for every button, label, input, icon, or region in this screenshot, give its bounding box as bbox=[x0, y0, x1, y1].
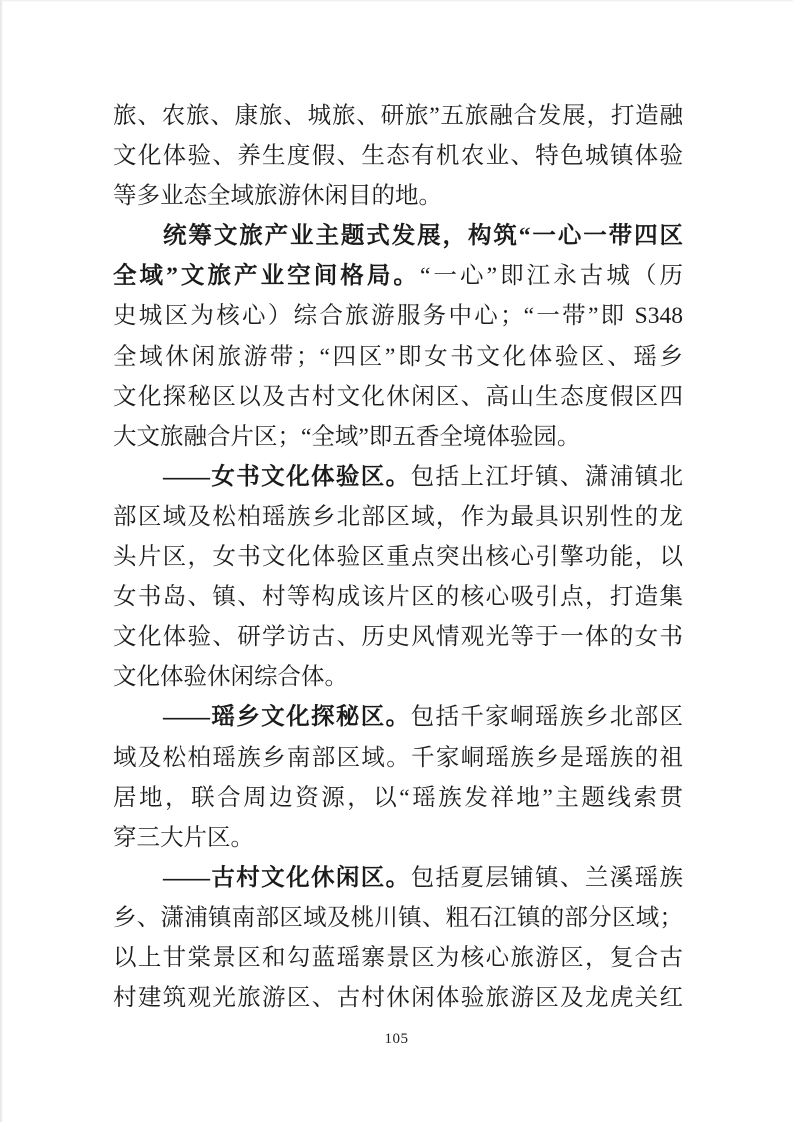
text-segment: 包括上江圩镇、潇浦镇北 bbox=[411, 464, 683, 490]
text-line: 史城区为核心）综合旅游服务中心；“一带”即 S348 bbox=[113, 296, 683, 336]
text-line: 部区域及松柏瑶族乡北部区域，作为最具识别性的龙 bbox=[113, 497, 683, 537]
document-body-text: 旅、农旅、康旅、城旅、研旅”五旅融合发展，打造融文化体验、养生度假、生态有机农业… bbox=[113, 96, 683, 1018]
text-segment: 穿三大片区。 bbox=[113, 825, 254, 851]
bold-text-segment: 全域”文旅产业空间格局。 bbox=[113, 263, 420, 289]
text-segment: 旅、农旅、康旅、城旅、研旅”五旅融合发展，打造融 bbox=[113, 103, 683, 129]
text-line: 大文旅融合片区；“全域”即五香全境体验园。 bbox=[113, 417, 683, 457]
text-line: 等多业态全域旅游休闲目的地。 bbox=[113, 176, 683, 216]
text-segment: 史城区为核心）综合旅游服务中心；“一带”即 S348 bbox=[113, 303, 683, 329]
text-line: 乡、潇浦镇南部区域及桃川镇、粗石江镇的部分区域； bbox=[113, 898, 683, 938]
bold-text-segment: ——女书文化体验区。 bbox=[163, 464, 411, 490]
text-line: 居地，联合周边资源，以“瑶族发祥地”主题线索贯 bbox=[113, 778, 683, 818]
text-segment: 包括夏层铺镇、兰溪瑶族 bbox=[411, 865, 683, 891]
page-number: 105 bbox=[0, 1031, 793, 1048]
text-segment: 女书岛、镇、村等构成该片区的核心吸引点，打造集 bbox=[113, 584, 683, 610]
text-line: 统筹文旅产业主题式发展，构筑“一心一带四区 bbox=[113, 216, 683, 256]
bold-text-segment: 统筹文旅产业主题式发展，构筑“一心一带四区 bbox=[163, 223, 683, 249]
text-segment: 包括千家峒瑶族乡北部区 bbox=[411, 704, 683, 730]
text-segment: 居地，联合周边资源，以“瑶族发祥地”主题线索贯 bbox=[113, 785, 683, 811]
text-line: ——古村文化休闲区。包括夏层铺镇、兰溪瑶族 bbox=[113, 858, 683, 898]
bold-text-segment: ——瑶乡文化探秘区。 bbox=[163, 704, 411, 730]
text-line: 穿三大片区。 bbox=[113, 818, 683, 858]
scan-edge-top bbox=[0, 0, 793, 2]
text-line: 头片区，女书文化体验区重点突出核心引擎功能，以 bbox=[113, 537, 683, 577]
text-line: 女书岛、镇、村等构成该片区的核心吸引点，打造集 bbox=[113, 577, 683, 617]
text-segment: 文化体验休闲综合体。 bbox=[113, 664, 348, 690]
text-line: 以上甘棠景区和勾蓝瑶寨景区为核心旅游区，复合古 bbox=[113, 938, 683, 978]
text-line: 旅、农旅、康旅、城旅、研旅”五旅融合发展，打造融 bbox=[113, 96, 683, 136]
text-segment: 域及松柏瑶族乡南部区域。千家峒瑶族乡是瑶族的祖 bbox=[113, 745, 683, 771]
text-segment: 文化探秘区以及古村文化休闲区、高山生态度假区四 bbox=[113, 384, 683, 410]
text-segment: 文化体验、养生度假、生态有机农业、特色城镇体验 bbox=[113, 143, 683, 169]
text-line: 文化体验、养生度假、生态有机农业、特色城镇体验 bbox=[113, 136, 683, 176]
text-segment: 全域休闲旅游带；“四区”即女书文化体验区、瑶乡 bbox=[113, 344, 683, 370]
text-line: 全域”文旅产业空间格局。“一心”即江永古城（历 bbox=[113, 256, 683, 296]
text-line: 村建筑观光旅游区、古村休闲体验旅游区及龙虎关红 bbox=[113, 978, 683, 1018]
text-line: 全域休闲旅游带；“四区”即女书文化体验区、瑶乡 bbox=[113, 337, 683, 377]
text-line: 文化体验、研学访古、历史风情观光等于一体的女书 bbox=[113, 617, 683, 657]
text-segment: 以上甘棠景区和勾蓝瑶寨景区为核心旅游区，复合古 bbox=[113, 945, 683, 971]
text-segment: 部区域及松柏瑶族乡北部区域，作为最具识别性的龙 bbox=[113, 504, 683, 530]
text-line: ——女书文化体验区。包括上江圩镇、潇浦镇北 bbox=[113, 457, 683, 497]
text-segment: 村建筑观光旅游区、古村休闲体验旅游区及龙虎关红 bbox=[113, 985, 683, 1011]
text-segment: 头片区，女书文化体验区重点突出核心引擎功能，以 bbox=[113, 544, 683, 570]
text-line: 域及松柏瑶族乡南部区域。千家峒瑶族乡是瑶族的祖 bbox=[113, 738, 683, 778]
text-segment: 乡、潇浦镇南部区域及桃川镇、粗石江镇的部分区域； bbox=[113, 905, 683, 931]
text-segment: 大文旅融合片区；“全域”即五香全境体验园。 bbox=[113, 424, 580, 450]
text-line: 文化体验休闲综合体。 bbox=[113, 657, 683, 697]
document-page: 旅、农旅、康旅、城旅、研旅”五旅融合发展，打造融文化体验、养生度假、生态有机农业… bbox=[0, 0, 793, 1122]
text-segment: “一心”即江永古城（历 bbox=[420, 263, 683, 289]
text-line: ——瑶乡文化探秘区。包括千家峒瑶族乡北部区 bbox=[113, 697, 683, 737]
bold-text-segment: ——古村文化休闲区。 bbox=[163, 865, 411, 891]
text-segment: 文化体验、研学访古、历史风情观光等于一体的女书 bbox=[113, 624, 683, 650]
scan-edge-left bbox=[0, 0, 3, 1122]
text-line: 文化探秘区以及古村文化休闲区、高山生态度假区四 bbox=[113, 377, 683, 417]
text-segment: 等多业态全域旅游休闲目的地。 bbox=[113, 183, 442, 209]
